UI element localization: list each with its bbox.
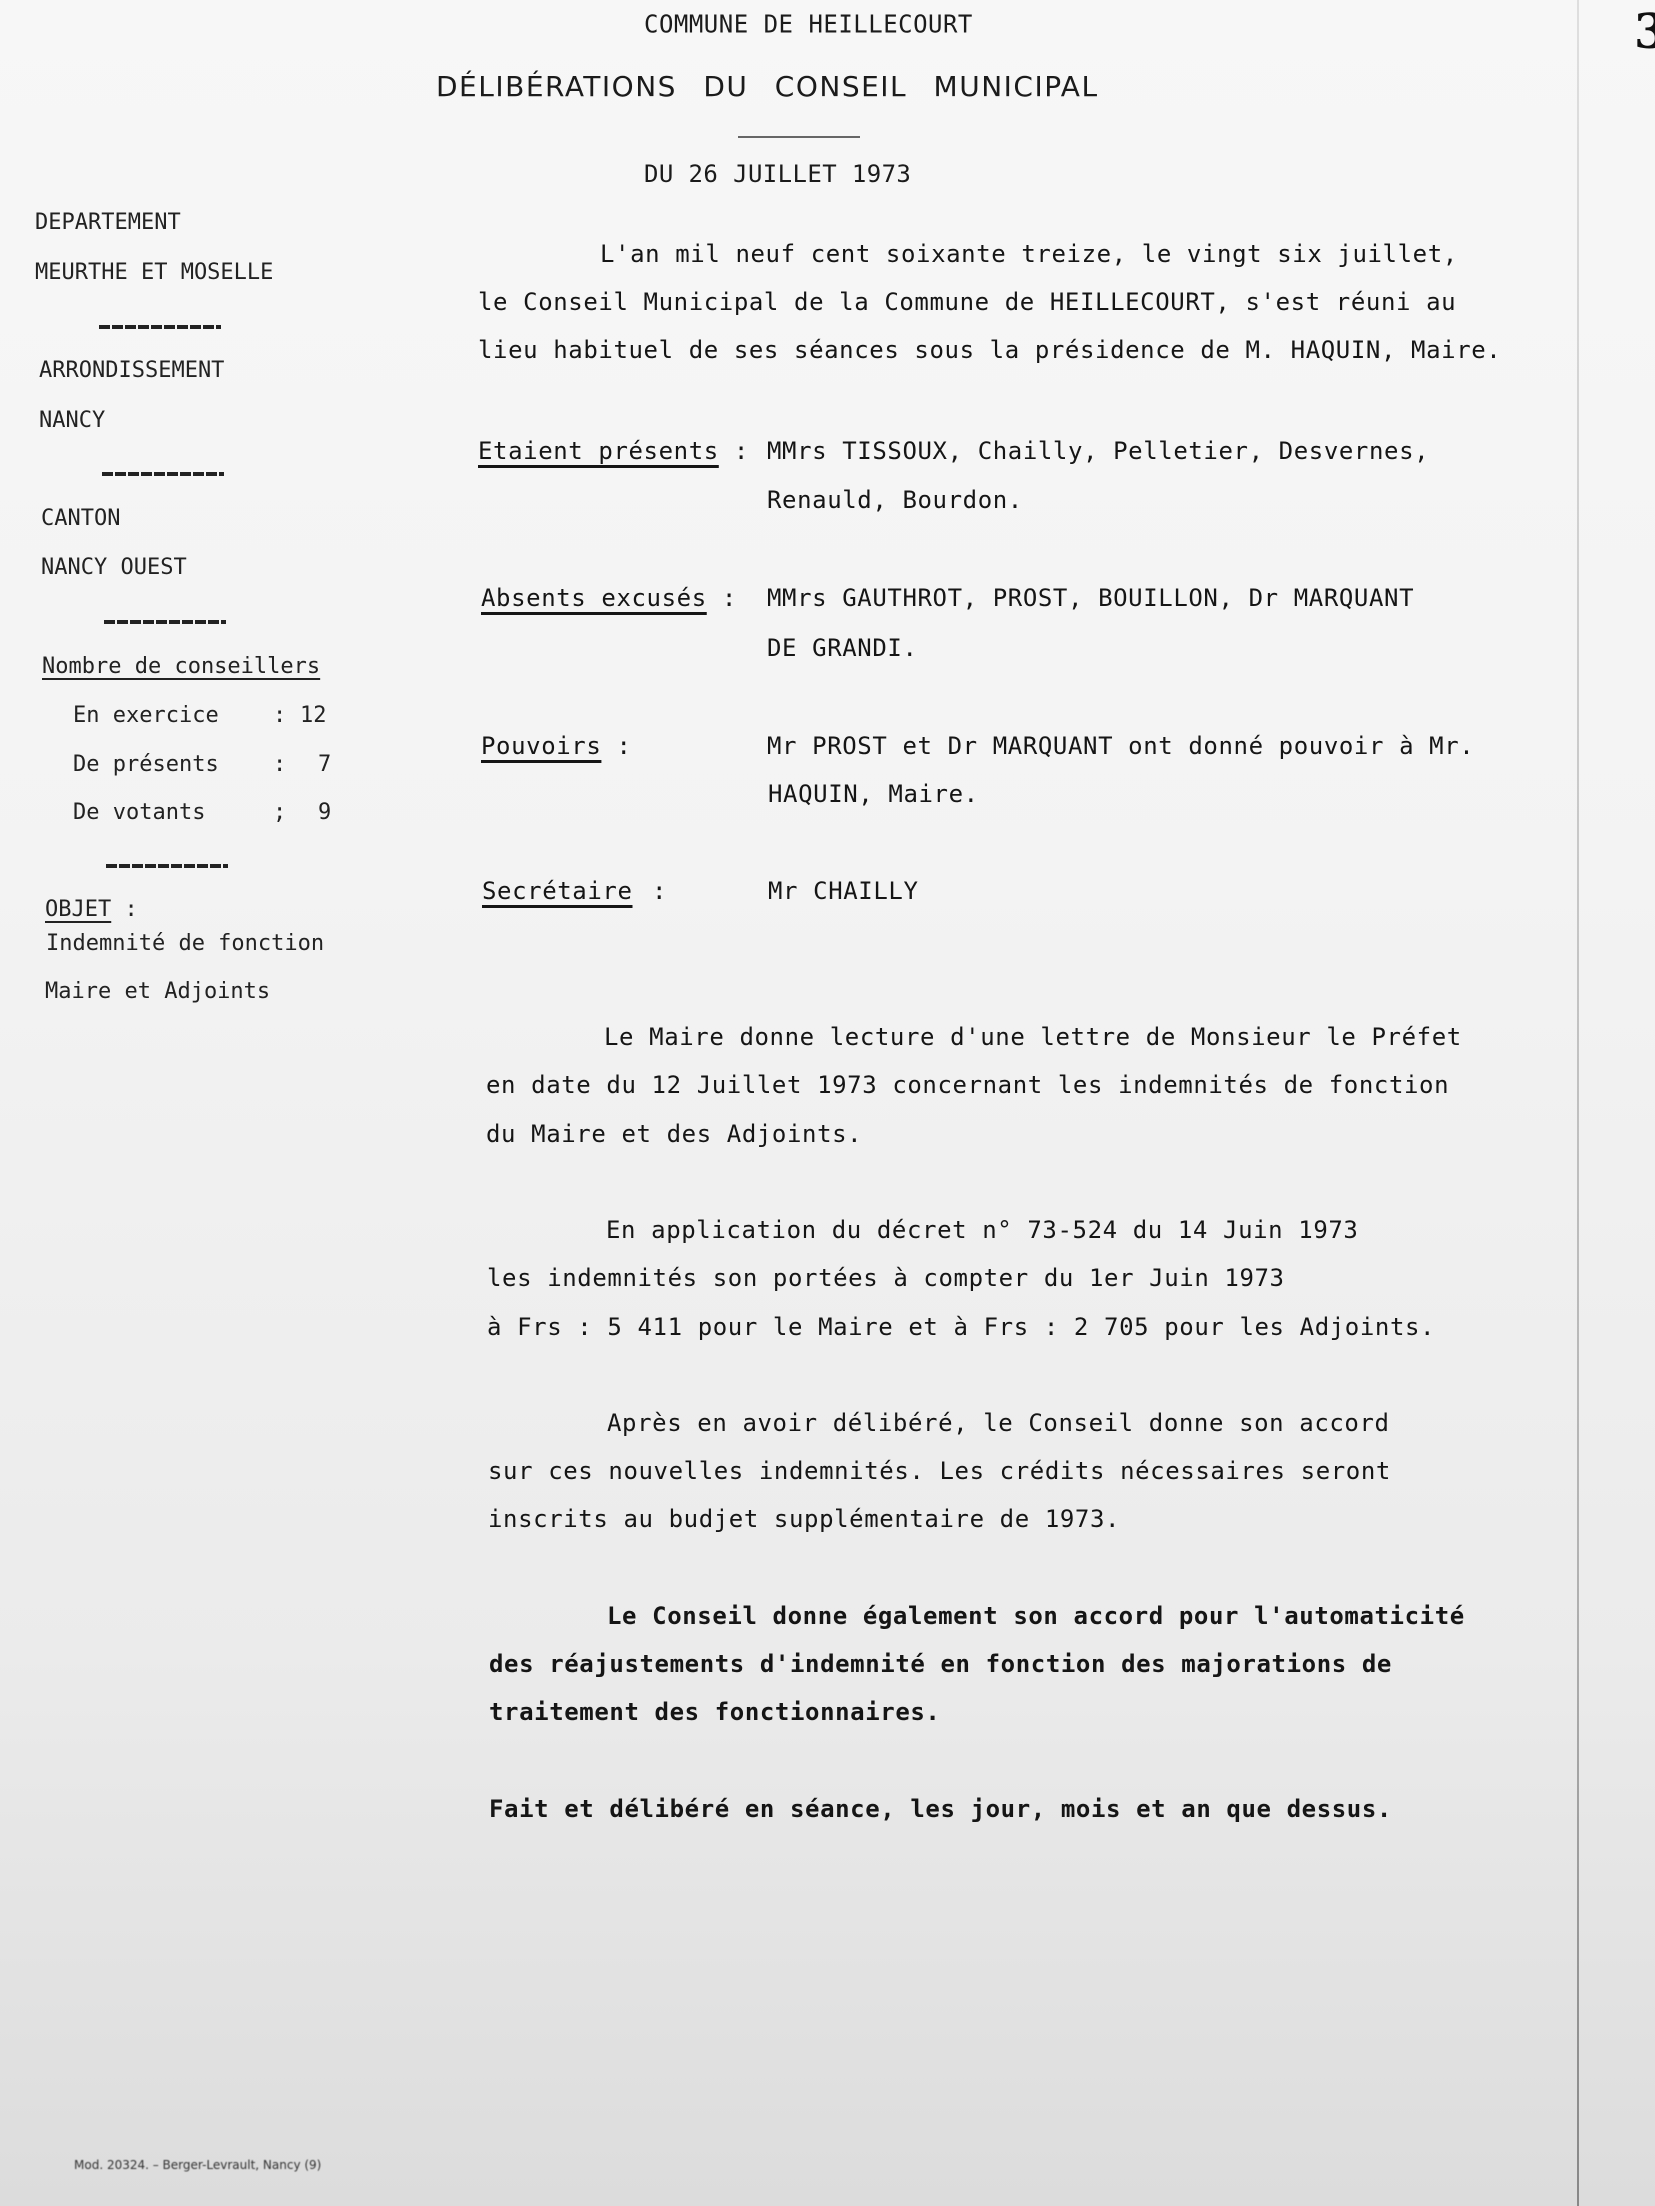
- secretaire-value: Mr CHAILLY: [768, 877, 919, 905]
- pouvoirs-label: Pouvoirs: [481, 732, 601, 760]
- page-number: 3: [1634, 4, 1655, 60]
- intro-line: L'an mil neuf cent soixante treize, le v…: [600, 240, 1458, 268]
- paragraph-line: traitement des fonctionnaires.: [489, 1698, 940, 1726]
- conseillers-title: Nombre de conseillers: [42, 654, 320, 679]
- count-sep: ;: [273, 800, 286, 825]
- paragraph-line: à Frs : 5 411 pour le Maire et à Frs : 2…: [487, 1313, 1435, 1341]
- count-label-votants: De votants: [73, 800, 205, 825]
- pouvoirs-line: HAQUIN, Maire.: [768, 780, 979, 808]
- paragraph-line: des réajustements d'indemnité en fonctio…: [489, 1650, 1392, 1678]
- count-value-votants: 9: [318, 800, 331, 825]
- commune-heading: COMMUNE DE HEILLECOURT: [644, 9, 973, 38]
- form-imprint: Mod. 20324. – Berger-Levrault, Nancy (9): [74, 2158, 321, 2172]
- departement-label: DEPARTEMENT: [35, 210, 181, 235]
- sidebar-divider: [104, 620, 226, 624]
- arrondissement-value: NANCY: [39, 408, 105, 433]
- intro-line: lieu habituel de ses séances sous la pré…: [478, 336, 1501, 364]
- count-label-presents: De présents: [73, 752, 219, 777]
- canton-label: CANTON: [41, 506, 120, 531]
- objet-sep: :: [124, 897, 137, 922]
- pouvoirs-line: Mr PROST et Dr MARQUANT ont donné pouvoi…: [767, 732, 1474, 760]
- arrondissement-label: ARRONDISSEMENT: [39, 358, 224, 383]
- sidebar-divider: [106, 864, 228, 868]
- presents-line: MMrs TISSOUX, Chailly, Pelletier, Desver…: [767, 437, 1429, 465]
- objet-label: OBJET: [45, 897, 111, 922]
- canton-value: NANCY OUEST: [41, 555, 187, 580]
- presents-row: Etaient présents :: [478, 437, 749, 465]
- absents-label: Absents excusés: [481, 584, 707, 612]
- paragraph-line: Le Maire donne lecture d'une lettre de M…: [604, 1023, 1462, 1051]
- objet-line: Maire et Adjoints: [45, 979, 270, 1004]
- objet-line: Indemnité de fonction: [46, 931, 324, 956]
- intro-line: le Conseil Municipal de la Commune de HE…: [478, 288, 1456, 316]
- paragraph-line: sur ces nouvelles indemnités. Les crédit…: [488, 1457, 1391, 1485]
- absents-line: MMrs GAUTHROT, PROST, BOUILLON, Dr MARQU…: [767, 584, 1414, 612]
- departement-value: MEURTHE ET MOSELLE: [35, 260, 273, 285]
- presents-line: Renauld, Bourdon.: [767, 486, 1023, 514]
- paragraph-line: inscrits au budjet supplémentaire de 197…: [488, 1505, 1120, 1533]
- document-title: DÉLIBÉRATIONS DU CONSEIL MUNICIPAL: [436, 70, 1099, 103]
- paragraph-line: en date du 12 Juillet 1973 concernant le…: [486, 1071, 1449, 1099]
- pouvoirs-row: Pouvoirs :: [481, 732, 632, 760]
- closing-statement: Fait et délibéré en séance, les jour, mo…: [489, 1795, 1392, 1823]
- meeting-date: DU 26 JUILLET 1973: [644, 160, 911, 188]
- count-label-exercice: En exercice: [73, 703, 219, 728]
- paragraph-line: Le Conseil donne également son accord po…: [607, 1602, 1465, 1630]
- secretaire-label-cell: Secrétaire: [482, 877, 633, 905]
- sidebar-divider: [102, 472, 224, 476]
- count-sep: :: [273, 752, 286, 777]
- paragraph-line: du Maire et des Adjoints.: [486, 1120, 862, 1148]
- count-sep: :: [273, 703, 286, 728]
- absents-row: Absents excusés :: [481, 584, 737, 612]
- paragraph-line: En application du décret n° 73-524 du 14…: [606, 1216, 1358, 1244]
- objet-heading: OBJET :: [45, 897, 138, 922]
- secretaire-sep: :: [652, 877, 667, 905]
- presents-label: Etaient présents: [478, 437, 719, 465]
- count-value-exercice: 12: [300, 703, 327, 728]
- sidebar-divider: [99, 325, 221, 329]
- paragraph-line: Après en avoir délibéré, le Conseil donn…: [607, 1409, 1390, 1437]
- page-fold-line: [1577, 0, 1579, 2206]
- absents-line: DE GRANDI.: [767, 634, 918, 662]
- title-divider: [738, 136, 860, 138]
- secretaire-label: Secrétaire: [482, 877, 633, 905]
- count-value-presents: 7: [318, 752, 331, 777]
- paragraph-line: les indemnités son portées à compter du …: [487, 1264, 1285, 1292]
